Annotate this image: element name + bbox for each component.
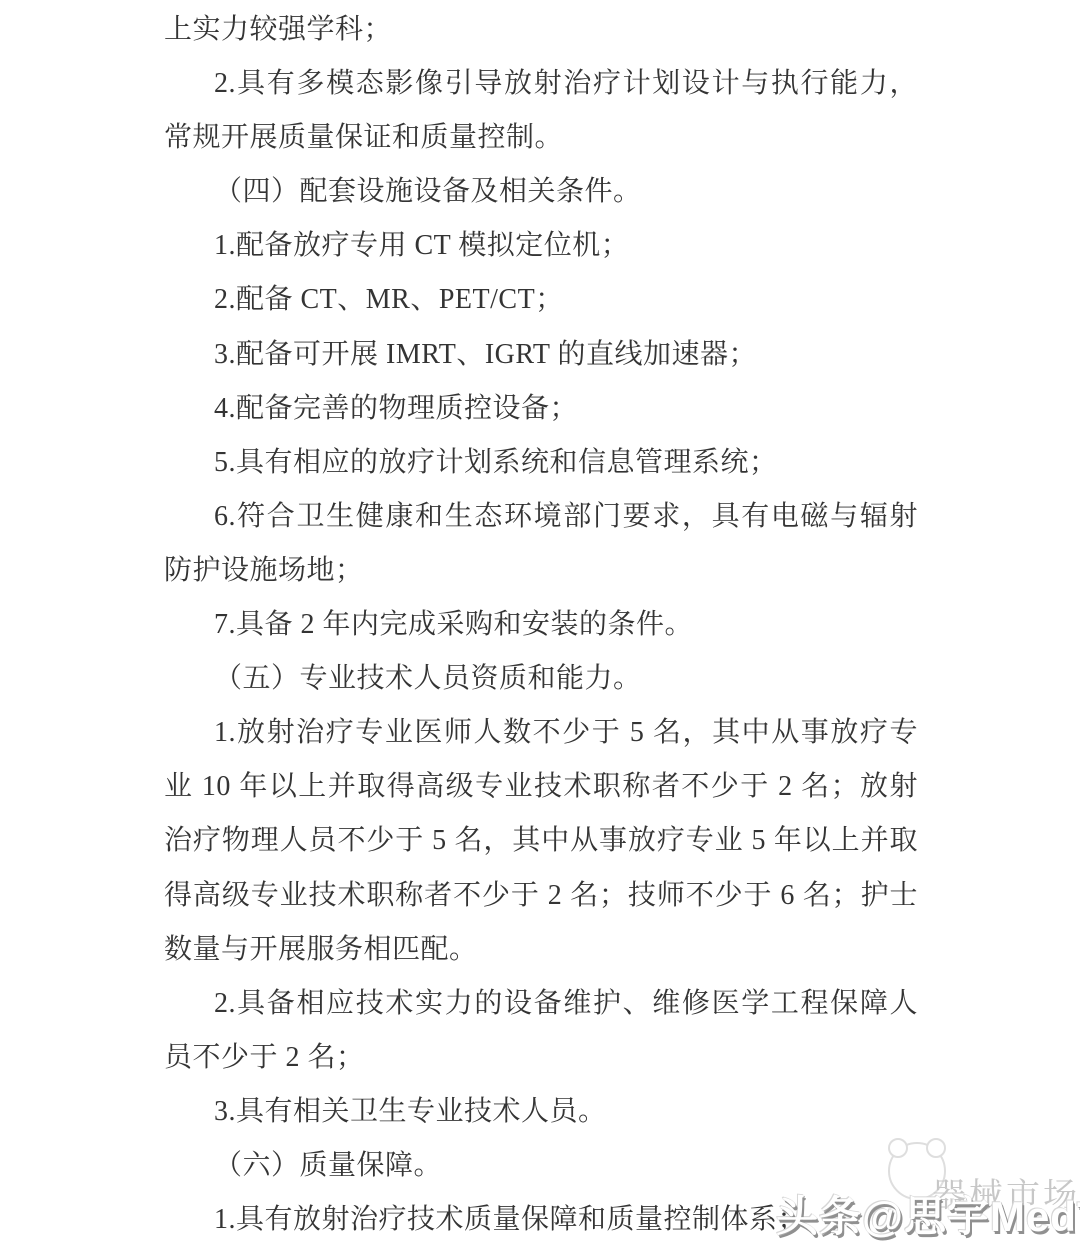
mascot-ear-icon: [926, 1138, 946, 1158]
document-line: 治疗物理人员不少于 5 名，其中从事放疗专业 5 年以上并取: [164, 814, 918, 868]
document-line: 员不少于 2 名；: [164, 1031, 918, 1085]
document-line: 4.配备完善的物理质控设备；: [164, 382, 918, 436]
document-line: （五）专业技术人员资质和能力。: [164, 652, 918, 706]
document-line: 2.配备 CT、MR、PET/CT；: [164, 273, 918, 327]
document-line: 6.符合卫生健康和生态环境部门要求，具有电磁与辐射: [164, 490, 918, 544]
document-line: 3.具有相关卫生专业技术人员。: [164, 1085, 918, 1139]
document-line: 1.放射治疗专业医师人数不少于 5 名，其中从事放疗专: [164, 706, 918, 760]
document-line: 上实力较强学科；: [164, 3, 918, 57]
mascot-ear-icon: [888, 1138, 908, 1158]
scanned-document-page: { "page": { "background": "#ffffff", "te…: [0, 0, 1080, 1245]
document-line: 常规开展质量保证和质量控制。: [164, 111, 918, 165]
document-line: 数量与开展服务相匹配。: [164, 923, 918, 977]
document-line: 得高级专业技术职称者不少于 2 名；技师不少于 6 名；护士: [164, 869, 918, 923]
document-line: 防护设施场地；: [164, 544, 918, 598]
document-text: 上实力较强学科；2.具有多模态影像引导放射治疗计划设计与执行能力，常规开展质量保…: [164, 3, 918, 1245]
document-line: 业 10 年以上并取得高级专业技术职称者不少于 2 名；放射: [164, 760, 918, 814]
document-line: 2.具备相应技术实力的设备维护、维修医学工程保障人: [164, 977, 918, 1031]
document-line: 1.配备放疗专用 CT 模拟定位机；: [164, 219, 918, 273]
document-line: 2.具有多模态影像引导放射治疗计划设计与执行能力，: [164, 57, 918, 111]
watermark-author-text: 头条@思宇MedTech: [776, 1184, 1080, 1244]
document-line: 5.具有相应的放疗计划系统和信息管理系统；: [164, 436, 918, 490]
document-line: （四）配套设施设备及相关条件。: [164, 165, 918, 219]
document-line: 3.配备可开展 IMRT、IGRT 的直线加速器；: [164, 328, 918, 382]
document-line: 7.具备 2 年内完成采购和安装的条件。: [164, 598, 918, 652]
